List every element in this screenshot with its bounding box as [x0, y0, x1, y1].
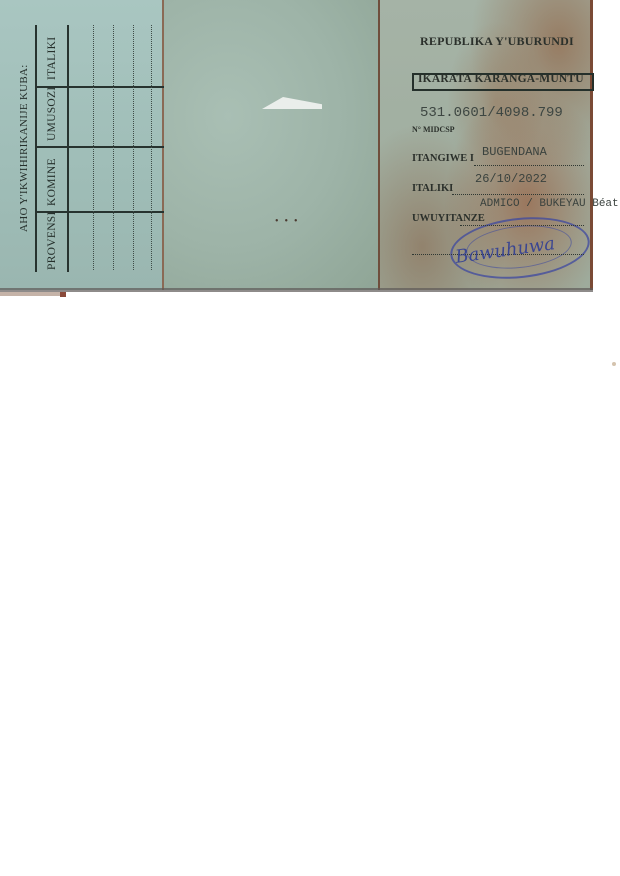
country-name: REPUBLIKA Y'UBURUNDI	[420, 34, 574, 49]
id-booklet: AHO Y'IKWIHIRIKANIJE KUBA: PROVENSI KOMI…	[0, 0, 595, 292]
residence-heading: AHO Y'IKWIHIRIKANIJE KUBA:	[18, 64, 30, 232]
entry-line	[133, 25, 134, 270]
issued-by-label: UWUYITANZE	[412, 213, 485, 224]
middle-panel	[164, 0, 380, 290]
scan-speck	[612, 362, 616, 366]
issued-at-value: BUGENDANA	[482, 145, 547, 159]
issued-at-line	[474, 165, 584, 166]
paper-tab	[0, 292, 66, 296]
residence-table: AHO Y'IKWIHIRIKANIJE KUBA: PROVENSI KOMI…	[0, 0, 164, 290]
column-header-date: ITALIKI	[46, 37, 58, 80]
issue-date-value: 26/10/2022	[475, 172, 547, 186]
column-header-province: PROVENSI	[46, 211, 58, 270]
card-bottom-edge	[0, 288, 593, 292]
table-border-right	[67, 25, 69, 272]
issued-at-label: ITANGIWE I	[412, 153, 474, 164]
id-number: 531.0601/4098.799	[420, 105, 563, 121]
id-number-label: N° MIDCSP	[412, 125, 455, 134]
issued-by-value: ADMICO / BUKEYAU Béatrice	[480, 198, 620, 210]
table-border-left	[35, 25, 37, 272]
entry-line	[151, 25, 152, 270]
column-header-commune: KOMINE	[46, 158, 58, 206]
issue-date-label: ITALIKI	[412, 183, 453, 194]
table-divider	[35, 146, 165, 148]
ink-specks: •••	[275, 216, 304, 227]
issued-by-line	[460, 225, 584, 226]
entry-line	[93, 25, 94, 270]
issue-date-line	[452, 194, 584, 195]
entry-line	[113, 25, 114, 270]
card-title: IKARATA KARANGA-MUNTU	[418, 73, 584, 85]
column-header-hill: UMUSOZI	[46, 87, 58, 142]
